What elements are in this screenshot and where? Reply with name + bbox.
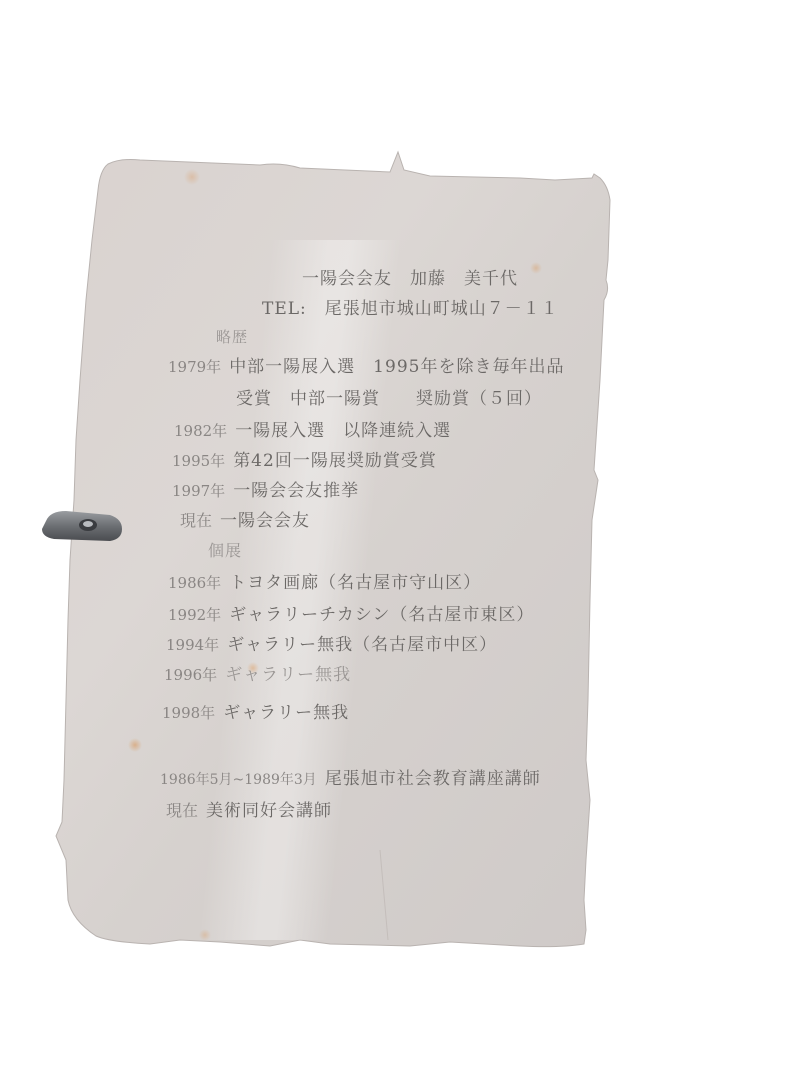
exhibition-entry: 1998年ギャラリー無我 bbox=[162, 702, 349, 724]
entry-text: 受賞 中部一陽賞 奨励賞（５回） bbox=[236, 389, 542, 409]
entry-text: ギャラリーチカシン（名古屋市東区） bbox=[229, 605, 534, 625]
entry-text: 中部一陽展入選 1995年を除き毎年出品 bbox=[229, 357, 564, 377]
career-entry: 現在一陽会会友 bbox=[180, 510, 310, 532]
entry-year: 現在 bbox=[180, 510, 212, 532]
entry-year: 現在 bbox=[166, 800, 198, 822]
entry-text: 美術同好会講師 bbox=[206, 801, 332, 821]
entry-year: 1996年 bbox=[164, 664, 217, 686]
teaching-entry: 1986年5月~1989年3月尾張旭市社会教育講座講師 bbox=[160, 768, 541, 791]
entry-text: ギャラリー無我 bbox=[223, 703, 349, 723]
solo-exhibitions-heading: 個展 bbox=[208, 540, 242, 562]
career-entry: 受賞 中部一陽賞 奨励賞（５回） bbox=[236, 388, 542, 410]
teaching-entry: 現在美術同好会講師 bbox=[166, 800, 332, 822]
solo-heading-text: 個展 bbox=[208, 541, 242, 560]
photo-stage: 一陽会会友 加藤 美千代 TEL: 尾張旭市城山町城山７－１１ 略歴 1979年… bbox=[0, 0, 810, 1080]
entry-text: 第42回一陽展奨励賞受賞 bbox=[233, 451, 437, 471]
entry-text: 一陽会会友推挙 bbox=[233, 481, 359, 501]
entry-year: 1994年 bbox=[166, 634, 219, 656]
exhibition-entry: 1996年ギャラリー無我 bbox=[164, 664, 351, 686]
entry-text: 一陽会会友 bbox=[220, 511, 310, 531]
career-heading: 略歴 bbox=[216, 326, 248, 348]
career-entry: 1979年中部一陽展入選 1995年を除き毎年出品 bbox=[168, 356, 564, 378]
entry-text: ギャラリー無我 bbox=[225, 665, 351, 685]
address-text: TEL: 尾張旭市城山町城山７－１１ bbox=[262, 299, 559, 319]
exhibition-entry: 1992年ギャラリーチカシン（名古屋市東区） bbox=[168, 604, 534, 626]
exhibition-entry: 1994年ギャラリー無我（名古屋市中区） bbox=[166, 634, 497, 656]
entry-text: ギャラリー無我（名古屋市中区） bbox=[227, 635, 497, 655]
entry-year: 1986年 bbox=[168, 572, 221, 594]
document-text: 一陽会会友 加藤 美千代 TEL: 尾張旭市城山町城山７－１１ 略歴 1979年… bbox=[0, 0, 810, 1080]
entry-text: 尾張旭市社会教育講座講師 bbox=[325, 769, 541, 789]
entry-year: 1979年 bbox=[168, 356, 221, 378]
entry-year: 1982年 bbox=[174, 420, 227, 442]
career-entry: 1982年一陽展入選 以降連続入選 bbox=[174, 420, 451, 442]
career-heading-text: 略歴 bbox=[216, 328, 248, 346]
header-address: TEL: 尾張旭市城山町城山７－１１ bbox=[262, 298, 559, 320]
career-entry: 1995年第42回一陽展奨励賞受賞 bbox=[172, 450, 437, 472]
entry-year: 1998年 bbox=[162, 702, 215, 724]
entry-text: 一陽展入選 以降連続入選 bbox=[235, 421, 451, 441]
header-name: 一陽会会友 加藤 美千代 bbox=[302, 268, 518, 290]
entry-year: 1995年 bbox=[172, 450, 225, 472]
career-entry: 1997年一陽会会友推挙 bbox=[172, 480, 359, 502]
entry-year: 1997年 bbox=[172, 480, 225, 502]
entry-text: トヨタ画廊（名古屋市守山区） bbox=[229, 573, 481, 593]
entry-year: 1986年5月~1989年3月 bbox=[160, 769, 317, 791]
exhibition-entry: 1986年トヨタ画廊（名古屋市守山区） bbox=[168, 572, 481, 594]
affiliation-name: 一陽会会友 加藤 美千代 bbox=[302, 269, 518, 289]
entry-year: 1992年 bbox=[168, 604, 221, 626]
